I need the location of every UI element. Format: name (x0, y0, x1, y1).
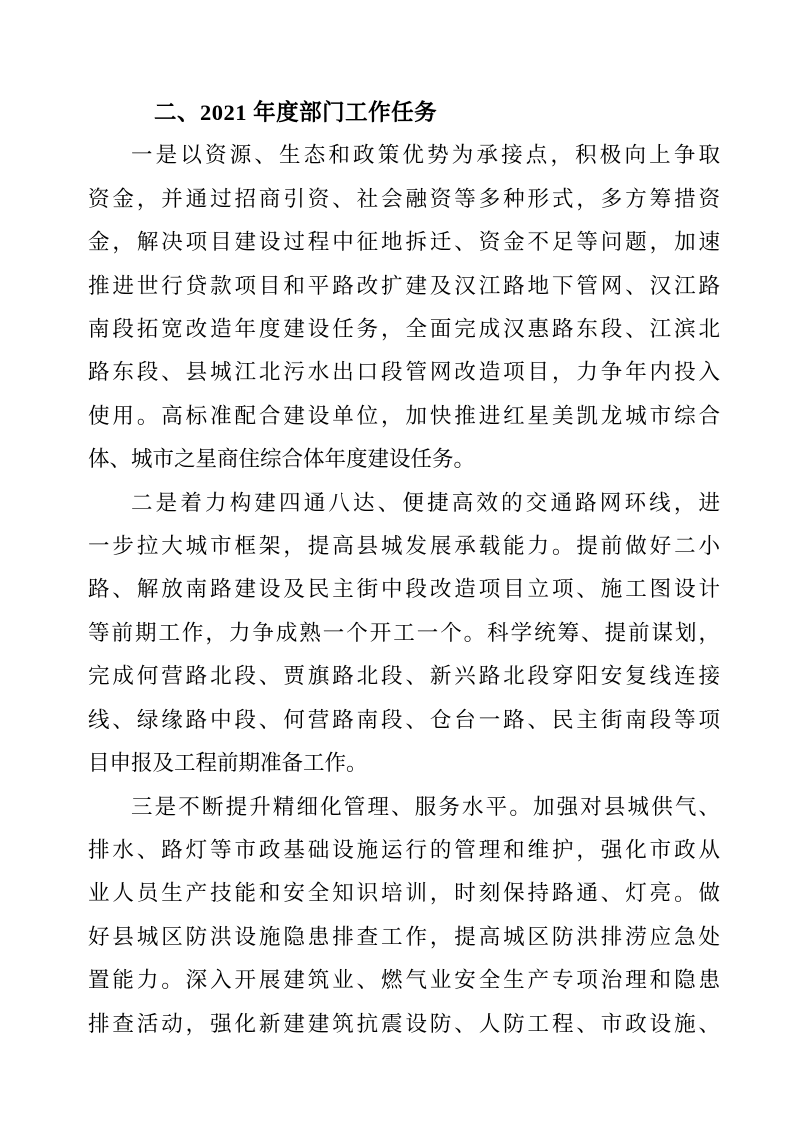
text-line: 置能力。深入开展建筑业、燃气业安全生产专项治理和隐患 (88, 959, 720, 1002)
text-line: 三是不断提升精细化管理、服务水平。加强对县城供气、 (88, 786, 720, 829)
text-line: 一是以资源、生态和政策优势为承接点，积极向上争取 (88, 134, 720, 177)
paragraph: 一是以资源、生态和政策优势为承接点，积极向上争取资金，并通过招商引资、社会融资等… (88, 134, 720, 481)
text-line: 金，解决项目建设过程中征地拆迁、资金不足等问题，加速 (88, 221, 720, 264)
paragraph: 二是着力构建四通八达、便捷高效的交通路网环线，进一步拉大城市框架，提高县城发展承… (88, 482, 720, 786)
text-line: 排查活动，强化新建建筑抗震设防、人防工程、市政设施、 (88, 1003, 720, 1046)
text-line: 完成何营路北段、贾旗路北段、新兴路北段穿阳安复线连接 (88, 655, 720, 698)
text-line: 路、解放南路建设及民主街中段改造项目立项、施工图设计 (88, 568, 720, 611)
paragraph: 三是不断提升精细化管理、服务水平。加强对县城供气、排水、路灯等市政基础设施运行的… (88, 786, 720, 1046)
text-line: 路东段、县城江北污水出口段管网改造项目，力争年内投入 (88, 351, 720, 394)
document-body: 二、2021 年度部门工作任务 一是以资源、生态和政策优势为承接点，积极向上争取… (88, 91, 720, 1046)
text-line: 体、城市之星商住综合体年度建设任务。 (88, 438, 720, 481)
text-line: 线、绿缘路中段、何营路南段、仓台一路、民主街南段等项 (88, 699, 720, 742)
text-line: 资金，并通过招商引资、社会融资等多种形式，多方筹措资 (88, 178, 720, 221)
text-line: 南段拓宽改造年度建设任务，全面完成汉惠路东段、江滨北 (88, 308, 720, 351)
text-line: 一步拉大城市框架，提高县城发展承载能力。提前做好二小 (88, 525, 720, 568)
section-heading: 二、2021 年度部门工作任务 (88, 91, 720, 134)
text-line: 排水、路灯等市政基础设施运行的管理和维护，强化市政从 (88, 829, 720, 872)
text-line: 二是着力构建四通八达、便捷高效的交通路网环线，进 (88, 482, 720, 525)
paragraphs-container: 一是以资源、生态和政策优势为承接点，积极向上争取资金，并通过招商引资、社会融资等… (88, 134, 720, 1046)
text-line: 目申报及工程前期准备工作。 (88, 742, 720, 785)
text-line: 推进世行贷款项目和平路改扩建及汉江路地下管网、汉江路 (88, 265, 720, 308)
text-line: 等前期工作，力争成熟一个开工一个。科学统筹、提前谋划， (88, 612, 720, 655)
text-line: 好县城区防洪设施隐患排查工作，提高城区防洪排涝应急处 (88, 916, 720, 959)
text-line: 业人员生产技能和安全知识培训，时刻保持路通、灯亮。做 (88, 872, 720, 915)
text-line: 使用。高标准配合建设单位，加快推进红星美凯龙城市综合 (88, 395, 720, 438)
document-page: 二、2021 年度部门工作任务 一是以资源、生态和政策优势为承接点，积极向上争取… (0, 0, 793, 1122)
